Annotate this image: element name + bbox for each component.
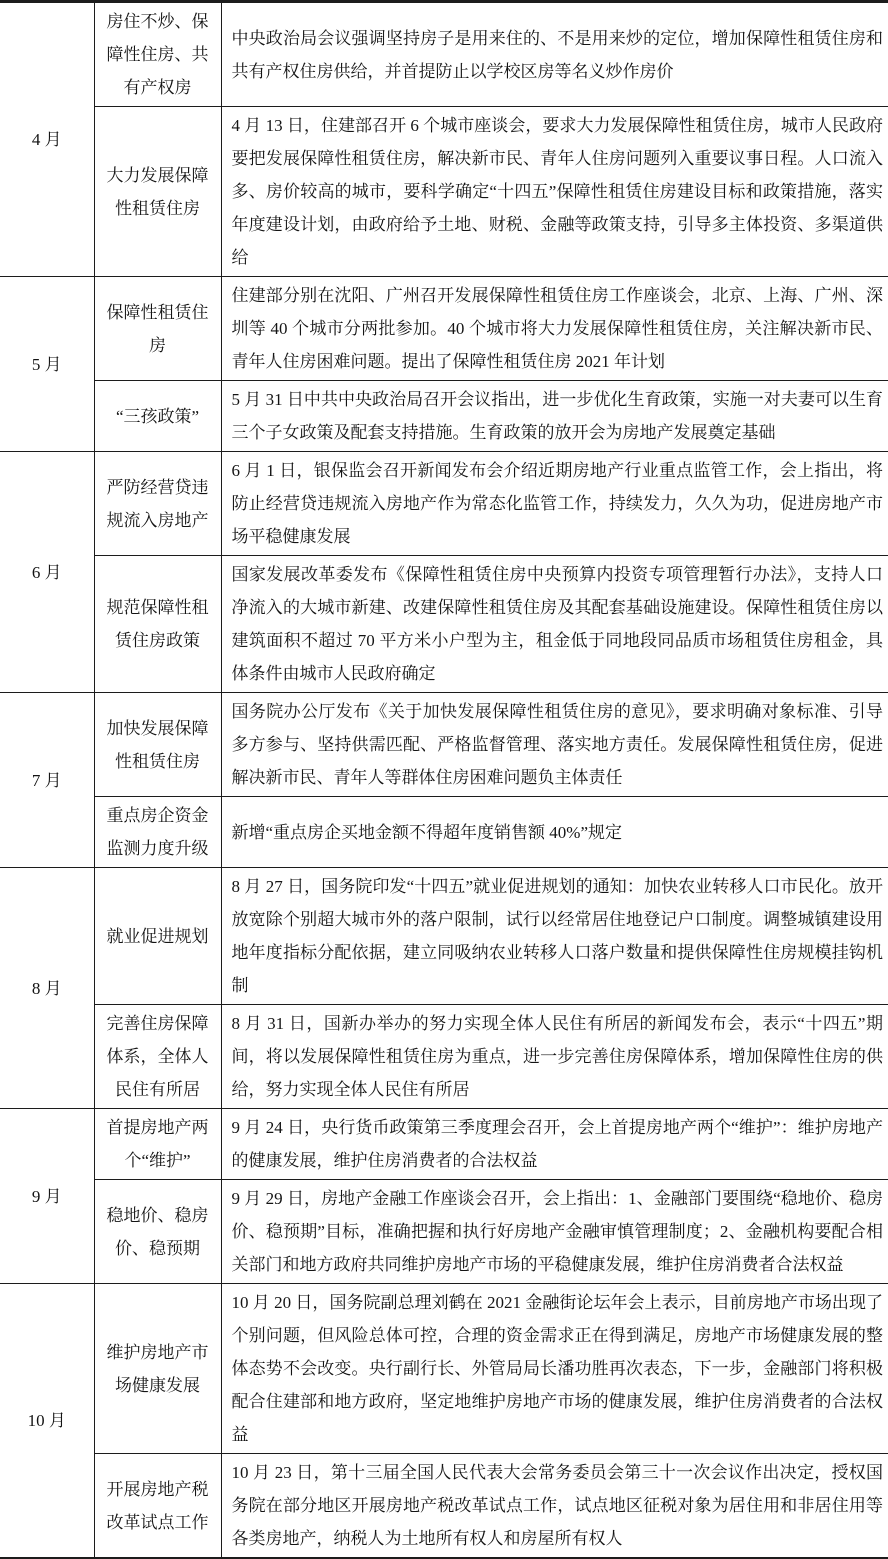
policy-description-cell: 4 月 13 日，住建部召开 6 个城市座谈会，要求大力发展保障性租赁住房，城市… [221, 107, 888, 277]
month-cell: 4 月 [0, 2, 94, 277]
policy-title-cell: 首提房地产两个“维护” [94, 1109, 221, 1180]
table-row: 4 月 房住不炒、保障性住房、共有产权房 中央政治局会议强调坚持房子是用来住的、… [0, 2, 888, 107]
policy-title-cell: 规范保障性租赁住房政策 [94, 556, 221, 693]
policy-description-cell: 国家发展改革委发布《保障性租赁住房中央预算内投资专项管理暂行办法》，支持人口净流… [221, 556, 888, 693]
table-row: 开展房地产税改革试点工作 10 月 23 日，第十三届全国人民代表大会常务委员会… [0, 1454, 888, 1559]
policy-title-cell: 大力发展保障性租赁住房 [94, 107, 221, 277]
policy-description-cell: 9 月 29 日，房地产金融工作座谈会召开，会上指出：1、金融部门要围绕“稳地价… [221, 1180, 888, 1284]
table-row: 完善住房保障体系，全体人民住有所居 8 月 31 日，国新办举办的努力实现全体人… [0, 1005, 888, 1109]
month-cell: 7 月 [0, 693, 94, 868]
policy-description-cell: 住建部分别在沈阳、广州召开发展保障性租赁住房工作座谈会，北京、上海、广州、深圳等… [221, 277, 888, 381]
policy-title-cell: 就业促进规划 [94, 868, 221, 1005]
month-cell: 6 月 [0, 452, 94, 693]
policy-title-cell: 房住不炒、保障性住房、共有产权房 [94, 2, 221, 107]
policy-title-cell: 完善住房保障体系，全体人民住有所居 [94, 1005, 221, 1109]
policy-title-cell: 严防经营贷违规流入房地产 [94, 452, 221, 556]
table-row: “三孩政策” 5 月 31 日中共中央政治局召开会议指出，进一步优化生育政策，实… [0, 381, 888, 452]
policy-title-cell: 保障性租赁住房 [94, 277, 221, 381]
month-cell: 8 月 [0, 868, 94, 1109]
table-row: 7 月 加快发展保障性租赁住房 国务院办公厅发布《关于加快发展保障性租赁住房的意… [0, 693, 888, 797]
policy-title-cell: 维护房地产市场健康发展 [94, 1284, 221, 1454]
policy-title-cell: 加快发展保障性租赁住房 [94, 693, 221, 797]
policy-title-cell: 开展房地产税改革试点工作 [94, 1454, 221, 1559]
policy-description-cell: 新增“重点房企买地金额不得超年度销售额 40%”规定 [221, 797, 888, 868]
table-row: 规范保障性租赁住房政策 国家发展改革委发布《保障性租赁住房中央预算内投资专项管理… [0, 556, 888, 693]
table-row: 9 月 首提房地产两个“维护” 9 月 24 日，央行货币政策第三季度理会召开，… [0, 1109, 888, 1180]
policy-description-cell: 6 月 1 日，银保监会召开新闻发布会介绍近期房地产行业重点监管工作，会上指出，… [221, 452, 888, 556]
policy-description-cell: 中央政治局会议强调坚持房子是用来住的、不是用来炒的定位，增加保障性租赁住房和共有… [221, 2, 888, 107]
policy-timeline-table: 4 月 房住不炒、保障性住房、共有产权房 中央政治局会议强调坚持房子是用来住的、… [0, 0, 888, 1559]
policy-description-cell: 8 月 31 日，国新办举办的努力实现全体人民住有所居的新闻发布会，表示“十四五… [221, 1005, 888, 1109]
month-cell: 5 月 [0, 277, 94, 452]
table-row: 大力发展保障性租赁住房 4 月 13 日，住建部召开 6 个城市座谈会，要求大力… [0, 107, 888, 277]
policy-description-cell: 10 月 20 日，国务院副总理刘鹤在 2021 金融街论坛年会上表示，目前房地… [221, 1284, 888, 1454]
table-row: 5 月 保障性租赁住房 住建部分别在沈阳、广州召开发展保障性租赁住房工作座谈会，… [0, 277, 888, 381]
table-row: 10 月 维护房地产市场健康发展 10 月 20 日，国务院副总理刘鹤在 202… [0, 1284, 888, 1454]
policy-title-cell: 重点房企资金监测力度升级 [94, 797, 221, 868]
policy-description-cell: 10 月 23 日，第十三届全国人民代表大会常务委员会第三十一次会议作出决定，授… [221, 1454, 888, 1559]
table-row: 8 月 就业促进规划 8 月 27 日，国务院印发“十四五”就业促进规划的通知：… [0, 868, 888, 1005]
policy-title-cell: 稳地价、稳房价、稳预期 [94, 1180, 221, 1284]
table-row: 稳地价、稳房价、稳预期 9 月 29 日，房地产金融工作座谈会召开，会上指出：1… [0, 1180, 888, 1284]
policy-title-cell: “三孩政策” [94, 381, 221, 452]
table-row: 重点房企资金监测力度升级 新增“重点房企买地金额不得超年度销售额 40%”规定 [0, 797, 888, 868]
month-cell: 9 月 [0, 1109, 94, 1284]
table-row: 6 月 严防经营贷违规流入房地产 6 月 1 日，银保监会召开新闻发布会介绍近期… [0, 452, 888, 556]
month-cell: 10 月 [0, 1284, 94, 1559]
policy-description-cell: 9 月 24 日，央行货币政策第三季度理会召开，会上首提房地产两个“维护”：维护… [221, 1109, 888, 1180]
policy-description-cell: 8 月 27 日，国务院印发“十四五”就业促进规划的通知：加快农业转移人口市民化… [221, 868, 888, 1005]
policy-description-cell: 国务院办公厅发布《关于加快发展保障性租赁住房的意见》，要求明确对象标准、引导多方… [221, 693, 888, 797]
policy-description-cell: 5 月 31 日中共中央政治局召开会议指出，进一步优化生育政策，实施一对夫妻可以… [221, 381, 888, 452]
